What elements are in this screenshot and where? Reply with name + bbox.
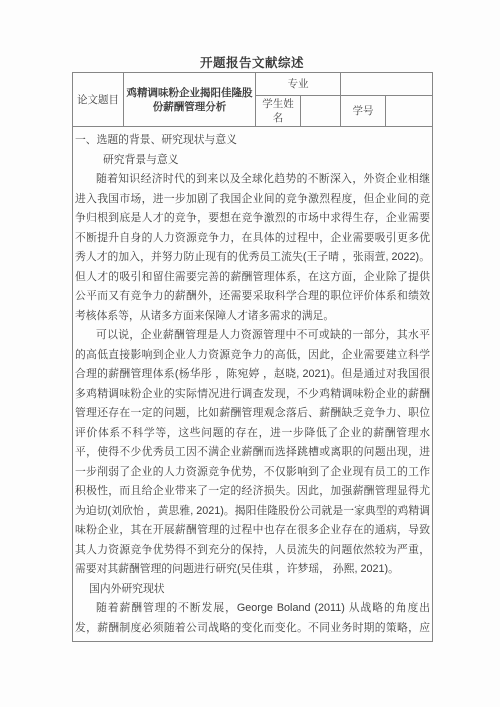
section-heading: 一、选题的背景、研究现状与意义 [75,131,430,151]
subheading-research-status: 国内外研究现状 [75,580,430,600]
paragraph-status-1: 随着薪酬管理的不断发展，George Boland (2011) 从战略的角度出… [75,599,430,637]
document-title: 开题报告文献综述 [72,53,432,71]
paragraph-background-1: 随着知识经济时代的到来以及全球化趋势的不断深入，外资企业相继进入我国市场，进一步… [75,170,430,326]
major-value-cell [341,73,433,96]
thesis-title-label: 论文题目 [73,73,124,127]
student-id-value-cell [386,96,433,127]
header-table: 论文题目 鸡精调味粉企业揭阳佳隆股份薪酬管理分析 专业 学生姓名 学号 一、选题… [72,72,433,642]
student-id-label: 学号 [341,96,386,127]
body-text-area: 一、选题的背景、研究现状与意义 研究背景与意义 随着知识经济时代的到来以及全球化… [75,131,430,637]
document-page: 开题报告文献综述 论文题目 鸡精调味粉企业揭阳佳隆股份薪酬管理分析 专业 学生姓… [0,0,500,707]
thesis-title-value: 鸡精调味粉企业揭阳佳隆股份薪酬管理分析 [124,73,256,127]
student-name-label: 学生姓名 [256,96,301,127]
major-label: 专业 [256,73,341,96]
student-name-value-cell [301,96,341,127]
body-cell: 一、选题的背景、研究现状与意义 研究背景与意义 随着知识经济时代的到来以及全球化… [73,127,433,642]
subheading-research-background: 研究背景与意义 [75,151,430,171]
paragraph-background-2: 可以说，企业薪酬管理是人力资源管理中不可或缺的一部分，其水平的高低直接影响到企业… [75,326,430,580]
